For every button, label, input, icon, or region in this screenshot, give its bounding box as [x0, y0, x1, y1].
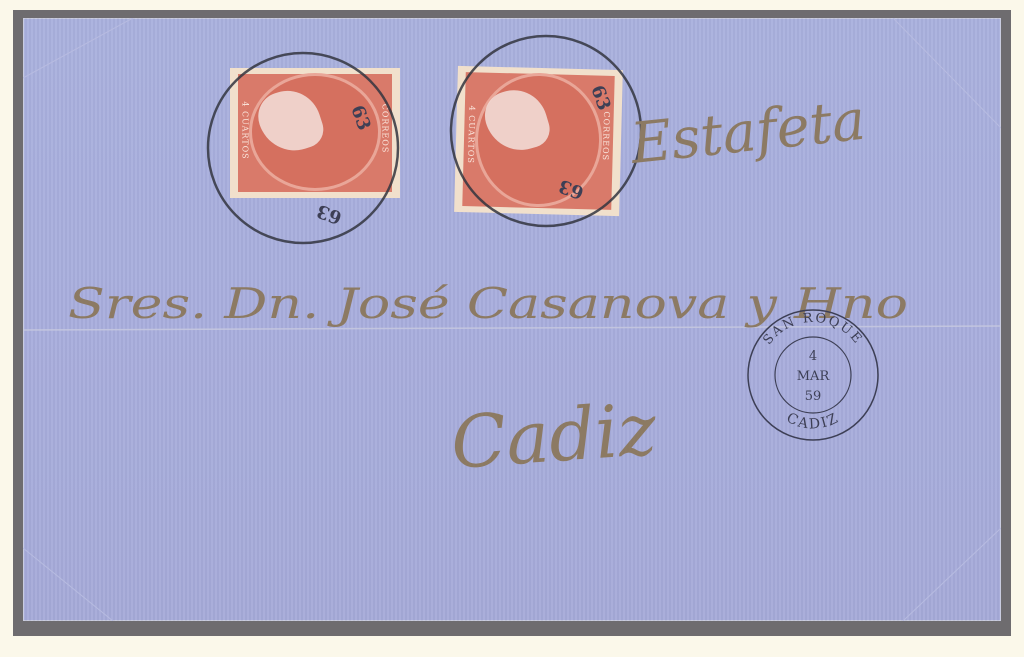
cancel-number: 63 [586, 83, 614, 114]
cancel-ring-1 [208, 53, 398, 243]
postmark-year: 59 [805, 389, 822, 404]
postal-cover: 4 CUARTOS CORREOS 4 CUARTOS CORREOS 63 6… [23, 18, 1001, 621]
cancel-ring-2 [451, 36, 641, 226]
cancel-number: 63 [556, 175, 587, 203]
address-line-city: Cadiz [448, 387, 659, 485]
cancel-number: 63 [346, 103, 374, 134]
dated-postmark: SAN ROQUE CADIZ 4 MAR 59 [748, 310, 878, 440]
postmark-month: MAR [797, 369, 831, 384]
address-line-estafeta: Estafeta [627, 88, 869, 177]
postmark-day: 4 [809, 349, 817, 364]
cancel-number: 63 [314, 200, 345, 228]
